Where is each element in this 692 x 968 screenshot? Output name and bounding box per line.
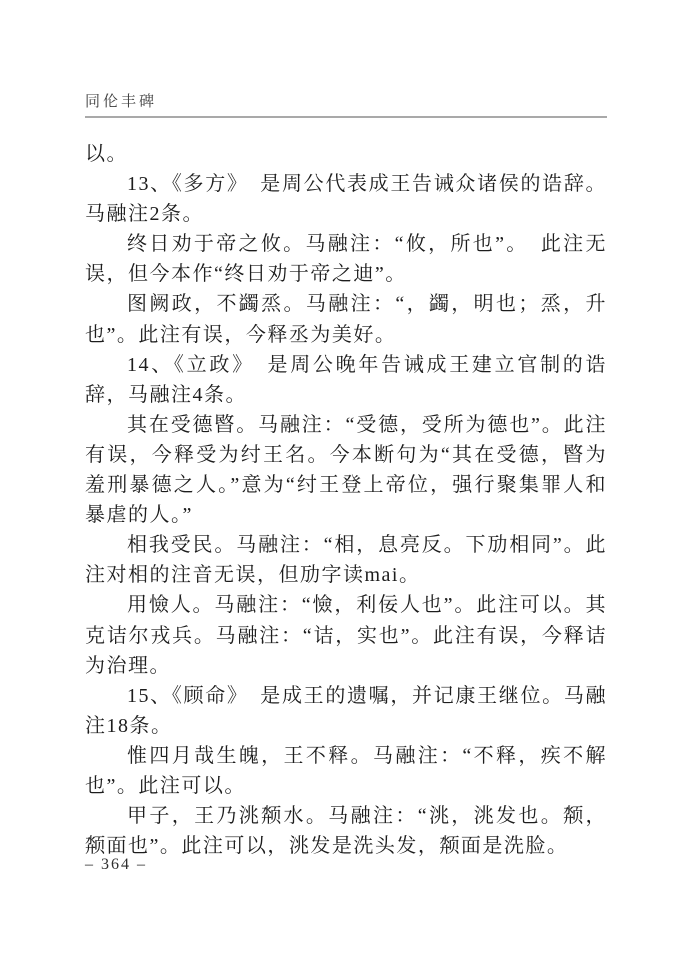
page-body: 以。 13、《多方》 是周公代表成王告诫众诸侯的诰辞。马融注2条。 终日劝于帝之… [85, 139, 607, 861]
paragraph-item-13-duofang: 13、《多方》 是周公代表成王告诫众诸侯的诰辞。马融注2条。 [85, 169, 607, 229]
paragraph-note: 其在受德暋。马融注：“受德，受所为德也”。此注有误，今释受为纣王名。今本断句为“… [85, 410, 607, 530]
paragraph-note: 用憸人。马融注：“憸，利佞人也”。此注可以。其克诘尔戎兵。马融注：“诘，实也”。… [85, 590, 607, 680]
header-rule [85, 116, 607, 118]
running-title: 同伦丰碑 [85, 94, 157, 110]
paragraph-item-14-lizheng: 14、《立政》 是周公晚年告诫成王建立官制的诰辞，马融注4条。 [85, 350, 607, 410]
paragraph-note: 甲子，王乃洮颒水。马融注：“洮，洮发也。颒，颒面也”。此注可以，洮发是洗头发，颒… [85, 801, 607, 861]
paragraph-note: 终日劝于帝之攸。马融注：“攸，所也”。 此注无误，但今本作“终日劝于帝之迪”。 [85, 229, 607, 289]
paragraph-item-15-guming: 15、《顾命》 是成王的遗嘱，并记康王继位。马融注18条。 [85, 681, 607, 741]
paragraph-continuation: 以。 [85, 139, 607, 169]
running-header: 同伦丰碑 [85, 92, 607, 112]
paragraph-note: 惟四月哉生魄，王不释。马融注：“不释，疾不解也”。此注可以。 [85, 741, 607, 801]
paragraph-note: 相我受民。马融注：“相，息亮反。下劢相同”。此注对相的注音无误，但劢字读mai。 [85, 530, 607, 590]
book-page: 同伦丰碑 以。 13、《多方》 是周公代表成王告诫众诸侯的诰辞。马融注2条。 终… [0, 0, 692, 968]
page-number: – 364 – [85, 854, 147, 876]
paragraph-note: 图阙政，不蠲烝。马融注：“，蠲，明也；烝，升也”。此注有误，今释丞为美好。 [85, 289, 607, 349]
